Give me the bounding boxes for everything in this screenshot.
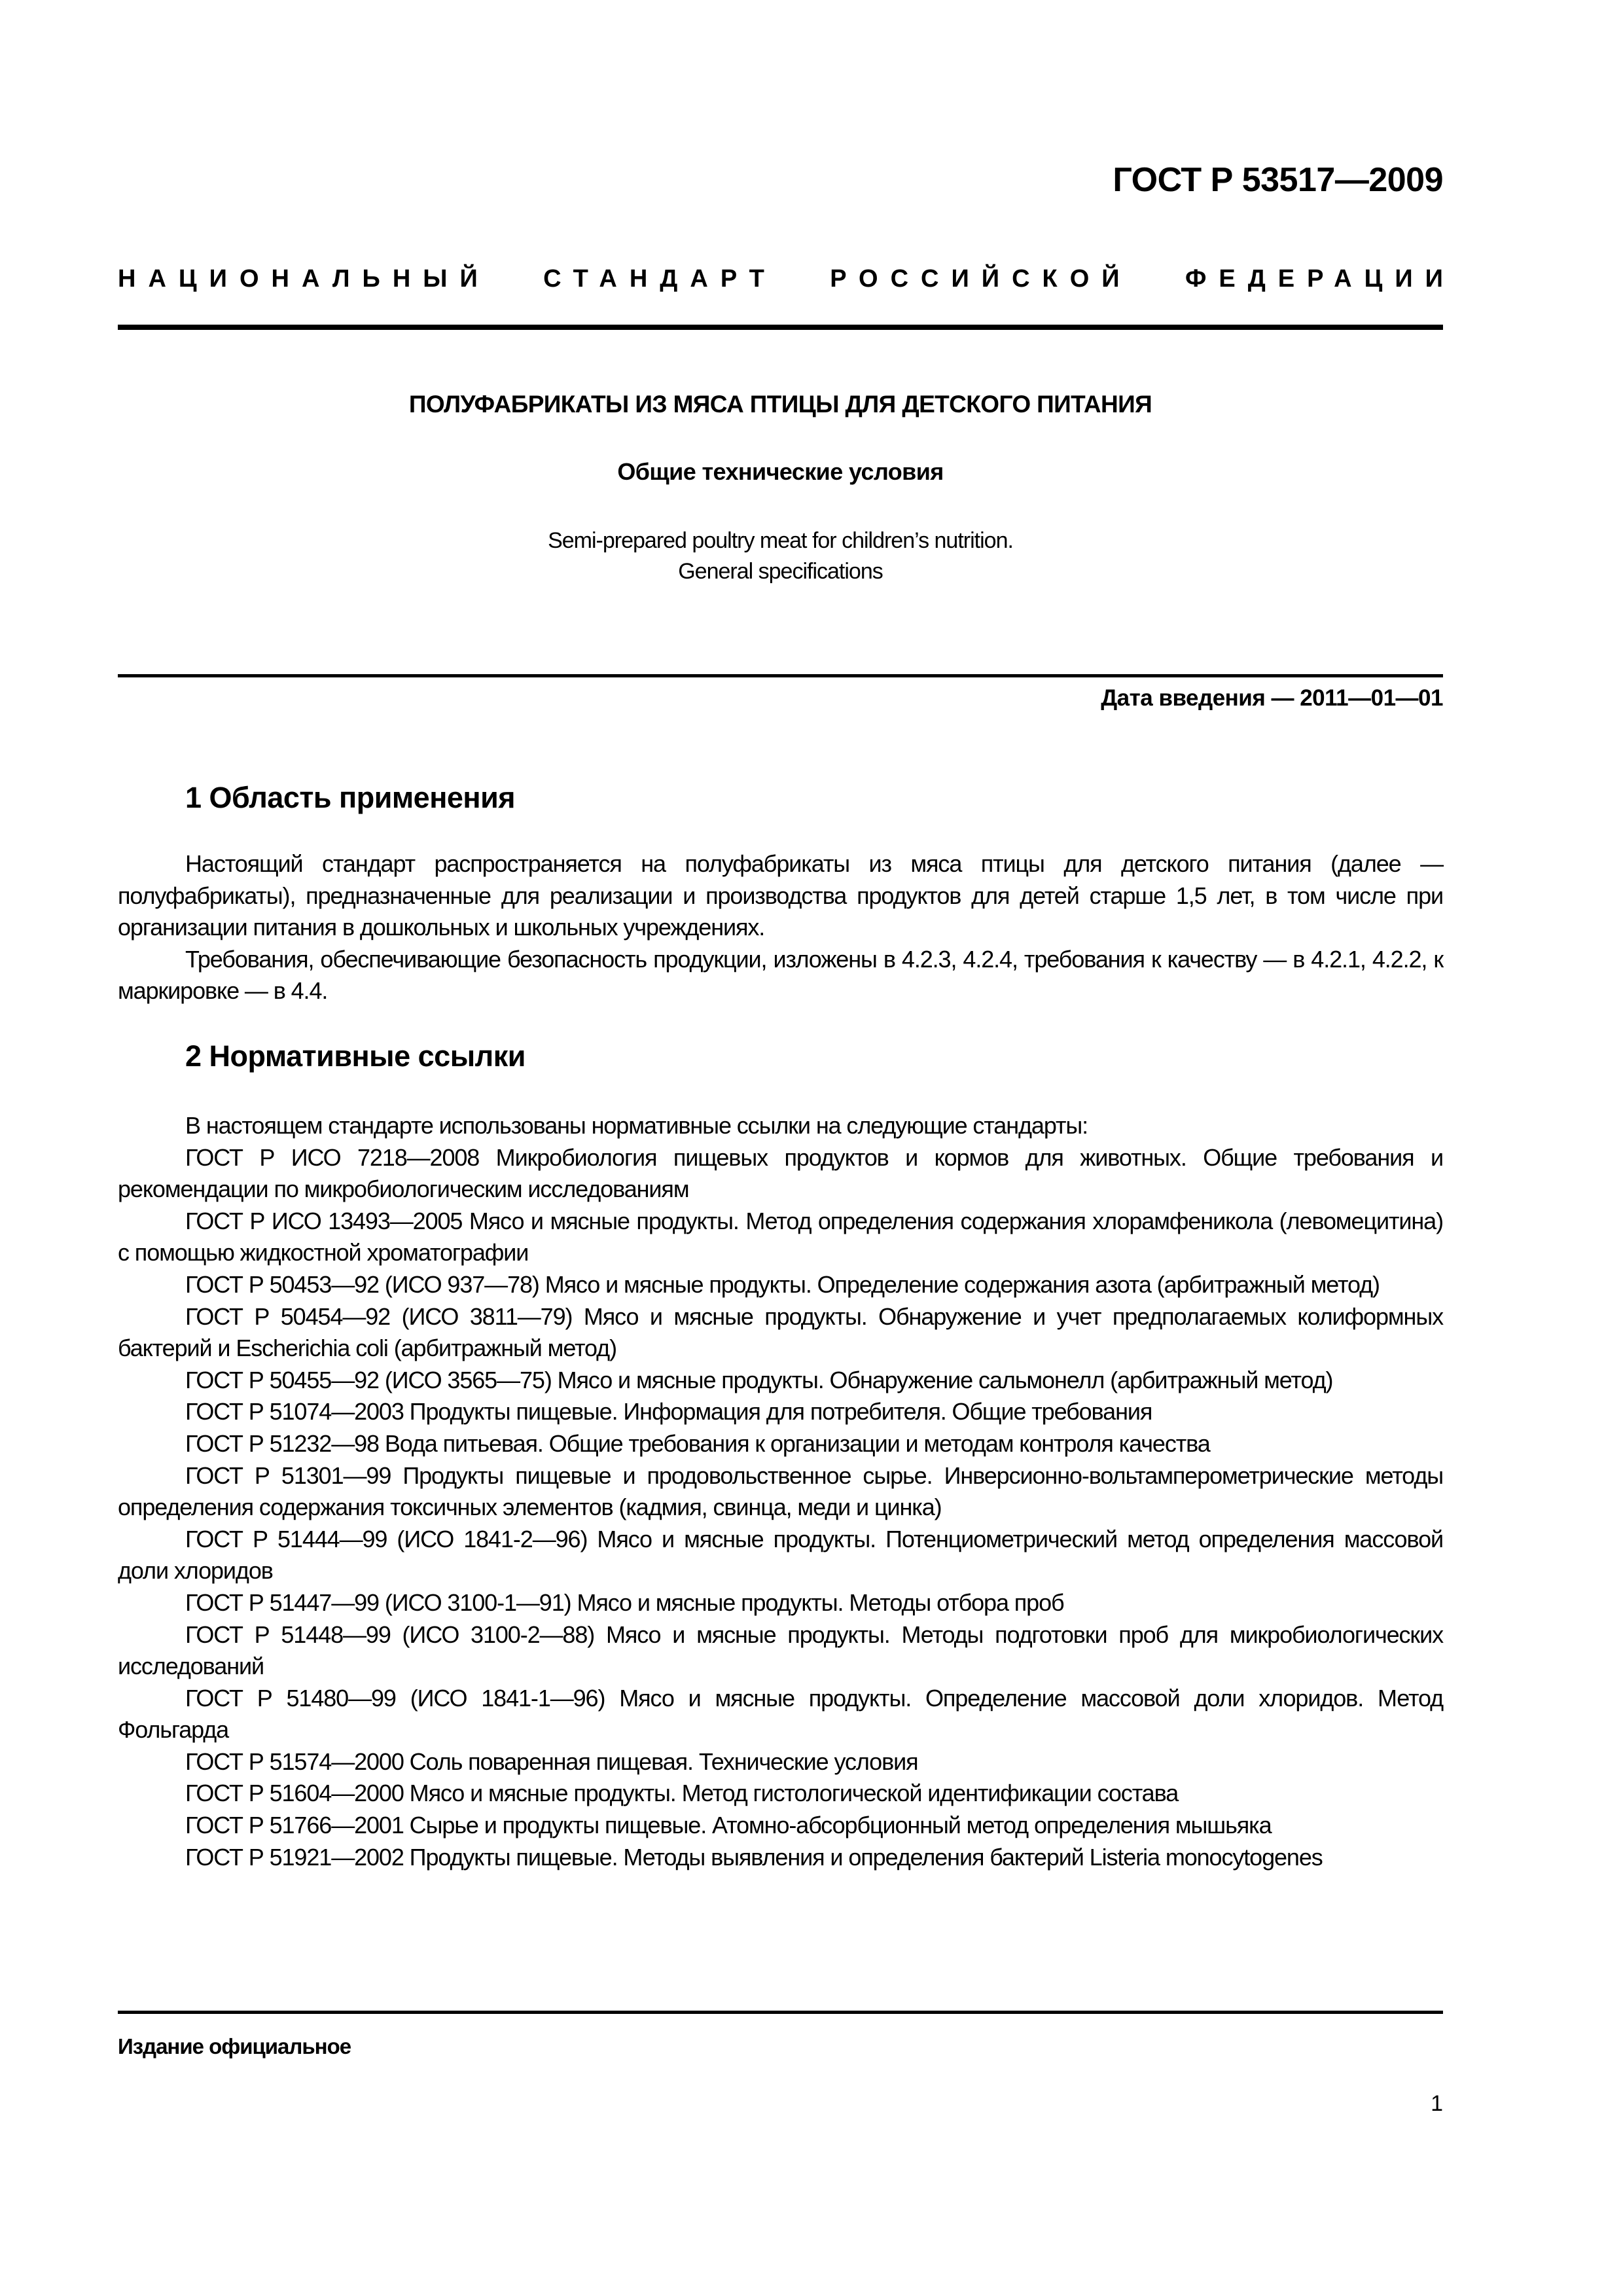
normative-reference: ГОСТ Р 51232—98 Вода питьевая. Общие тре… — [118, 1428, 1443, 1460]
normative-reference: ГОСТ Р 51766—2001 Сырье и продукты пищев… — [118, 1810, 1443, 1842]
normative-reference: ГОСТ Р 51074—2003 Продукты пищевые. Инфо… — [118, 1396, 1443, 1428]
title-divider — [118, 674, 1443, 677]
banner-word: НАЦИОНАЛЬНЫЙ — [118, 265, 490, 293]
footer-divider — [118, 2011, 1443, 2014]
normative-reference: ГОСТ Р 51448—99 (ИСО 3100-2—88) Мясо и м… — [118, 1619, 1443, 1683]
normative-reference: ГОСТ Р ИСО 13493—2005 Мясо и мясные прод… — [118, 1206, 1443, 1269]
normative-reference: ГОСТ Р ИСО 7218—2008 Микробиология пищев… — [118, 1142, 1443, 1206]
normative-reference: ГОСТ Р 50455—92 (ИСО 3565—75) Мясо и мяс… — [118, 1365, 1443, 1397]
section-heading: 1 Область применения — [185, 781, 515, 815]
normative-reference: ГОСТ Р 51447—99 (ИСО 3100-1—91) Мясо и м… — [118, 1587, 1443, 1619]
section-heading: 2 Нормативные ссылки — [185, 1039, 526, 1073]
paragraph: Требования, обеспечивающие безопасность … — [118, 944, 1443, 1007]
banner-word: СТАНДАРТ — [543, 265, 777, 293]
normative-reference: ГОСТ Р 51574—2000 Соль поваренная пищева… — [118, 1746, 1443, 1778]
english-title: Semi-prepared poultry meat for children’… — [118, 526, 1443, 587]
normative-reference: ГОСТ Р 51604—2000 Мясо и мясные продукты… — [118, 1778, 1443, 1810]
normative-reference: ГОСТ Р 51480—99 (ИСО 1841-1—96) Мясо и м… — [118, 1683, 1443, 1746]
english-title-line: Semi-prepared poultry meat for children’… — [118, 526, 1443, 556]
normative-reference: ГОСТ Р 51444—99 (ИСО 1841-2—96) Мясо и м… — [118, 1524, 1443, 1587]
document-title: ПОЛУФАБРИКАТЫ ИЗ МЯСА ПТИЦЫ ДЛЯ ДЕТСКОГО… — [118, 391, 1443, 418]
paragraph: Настоящий стандарт распространяется на п… — [118, 848, 1443, 944]
header-divider — [118, 325, 1443, 330]
section-body: Настоящий стандарт распространяется на п… — [118, 848, 1443, 1007]
official-edition-label: Издание официальное — [118, 2034, 351, 2059]
normative-reference: ГОСТ Р 50453—92 (ИСО 937—78) Мясо и мясн… — [118, 1269, 1443, 1301]
english-title-line: General specifications — [118, 556, 1443, 587]
banner-word: ФЕДЕРАЦИИ — [1185, 265, 1455, 293]
page-number: 1 — [1431, 2091, 1443, 2117]
normative-reference: ГОСТ Р 50454—92 (ИСО 3811—79) Мясо и мяс… — [118, 1301, 1443, 1365]
section-body: В настоящем стандарте использованы норма… — [118, 1110, 1443, 1873]
normative-reference: ГОСТ Р 51921—2002 Продукты пищевые. Мето… — [118, 1842, 1443, 1874]
national-standard-banner: НАЦИОНАЛЬНЫЙ СТАНДАРТ РОССИЙСКОЙ ФЕДЕРАЦ… — [118, 265, 1443, 293]
document-code: ГОСТ Р 53517—2009 — [1113, 160, 1443, 200]
effective-date: Дата введения — 2011—01—01 — [1101, 685, 1443, 711]
banner-word: РОССИЙСКОЙ — [830, 265, 1132, 293]
document-subtitle: Общие технические условия — [118, 458, 1443, 486]
paragraph: В настоящем стандарте использованы норма… — [118, 1110, 1443, 1142]
normative-reference: ГОСТ Р 51301—99 Продукты пищевые и продо… — [118, 1460, 1443, 1524]
